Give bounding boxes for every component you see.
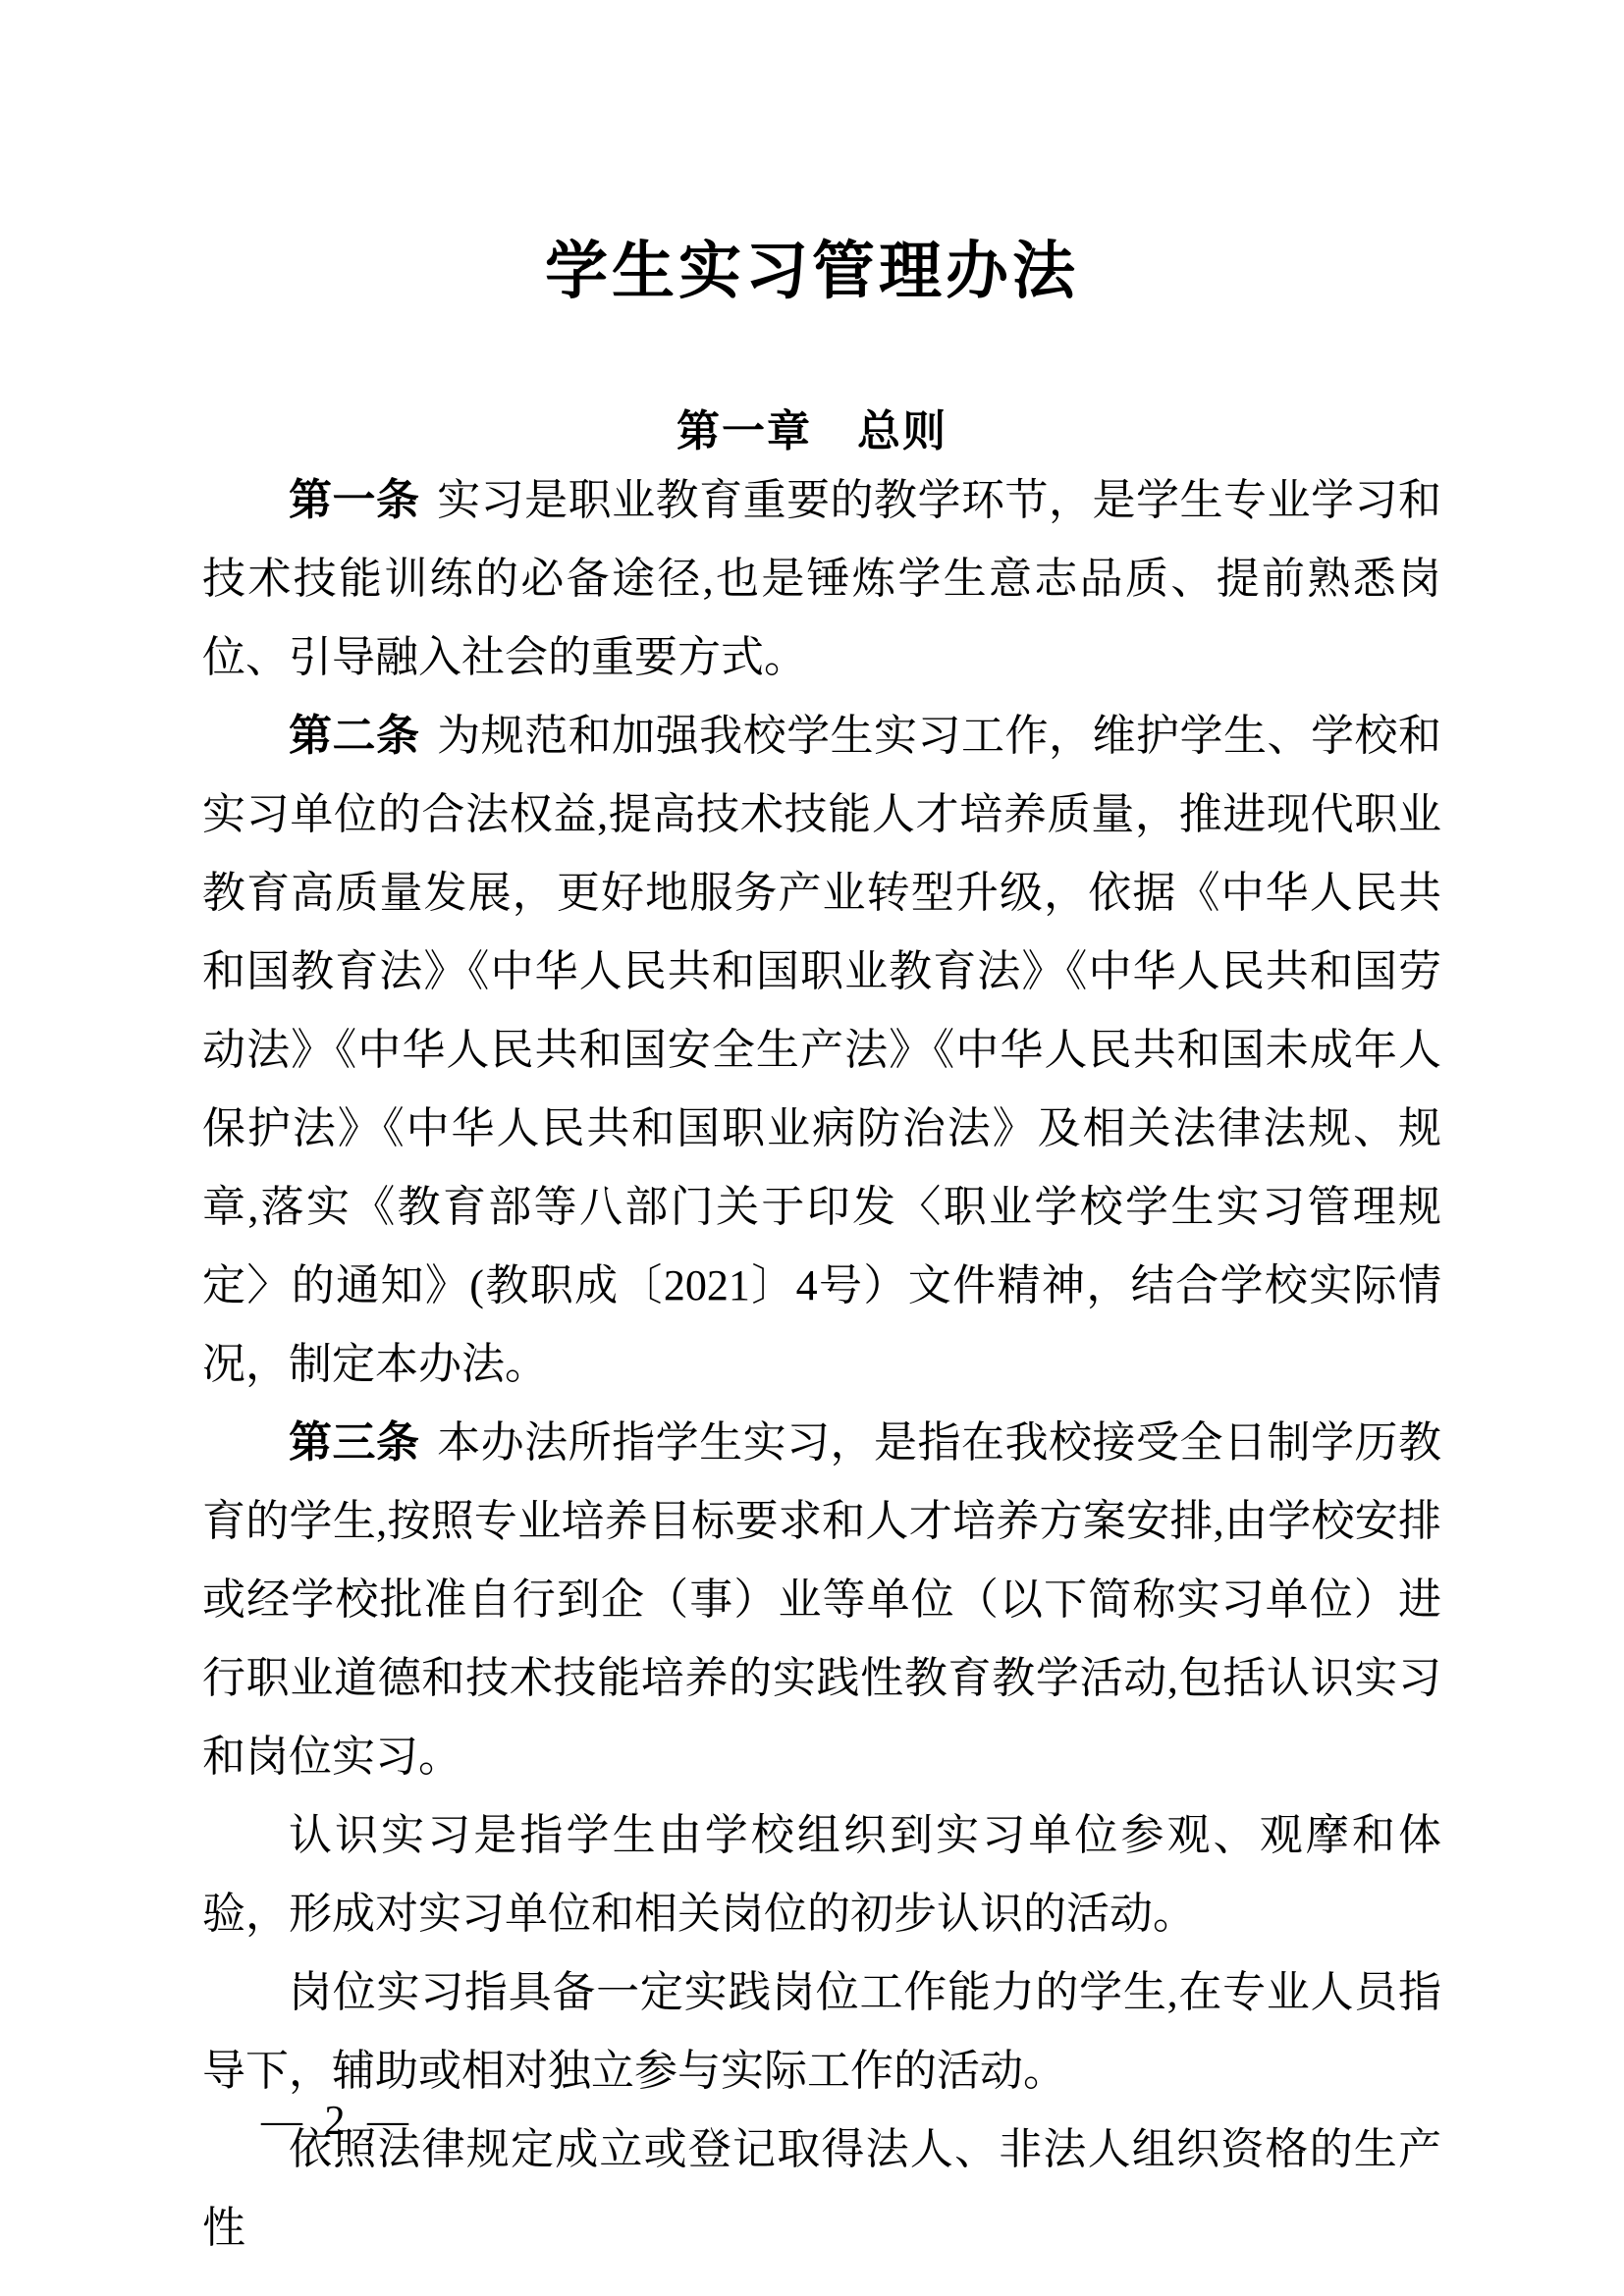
paragraph-cognition-internship: 认识实习是指学生由学校组织到实习单位参观、观摩和体验，形成对实习单位和相关岗位的…	[202, 1796, 1441, 1953]
document-body: 第一条实习是职业教育重要的教学环节，是学生专业学习和技术技能训练的必备途径,也是…	[202, 461, 1441, 2268]
chapter-heading: 第一章 总则	[0, 408, 1624, 455]
paragraph-5-text: 岗位实习指具备一定实践岗位工作能力的学生,在专业人员指导下，辅助或相对独立参与实…	[202, 1968, 1441, 2095]
article-3-label: 第三条	[289, 1418, 420, 1467]
article-2-text: 为规范和加强我校学生实习工作，维护学生、学校和实习单位的合法权益,提高技术技能人…	[202, 712, 1441, 1388]
document-title: 学生实习管理办法	[0, 0, 1624, 308]
paragraph-article-2: 第二条为规范和加强我校学生实习工作，维护学生、学校和实习单位的合法权益,提高技术…	[202, 697, 1441, 1404]
paragraph-post-internship: 岗位实习指具备一定实践岗位工作能力的学生,在专业人员指导下，辅助或相对独立参与实…	[202, 1953, 1441, 2110]
paragraph-article-3: 第三条本办法所指学生实习，是指在我校接受全日制学历教育的学生,按照专业培养目标要…	[202, 1404, 1441, 1796]
article-1-label: 第一条	[289, 476, 420, 524]
paragraph-4-text: 认识实习是指学生由学校组织到实习单位参观、观摩和体验，形成对实习单位和相关岗位的…	[202, 1811, 1441, 1938]
paragraph-article-1: 第一条实习是职业教育重要的教学环节，是学生专业学习和技术技能训练的必备途径,也是…	[202, 461, 1441, 697]
page-number: — 2 —	[261, 2097, 414, 2146]
document-page: 学生实习管理办法 第一章 总则 第一条实习是职业教育重要的教学环节，是学生专业学…	[0, 0, 1624, 2296]
article-2-label: 第二条	[289, 712, 420, 760]
article-3-text: 本办法所指学生实习，是指在我校接受全日制学历教育的学生,按照专业培养目标要求和人…	[202, 1418, 1441, 1781]
